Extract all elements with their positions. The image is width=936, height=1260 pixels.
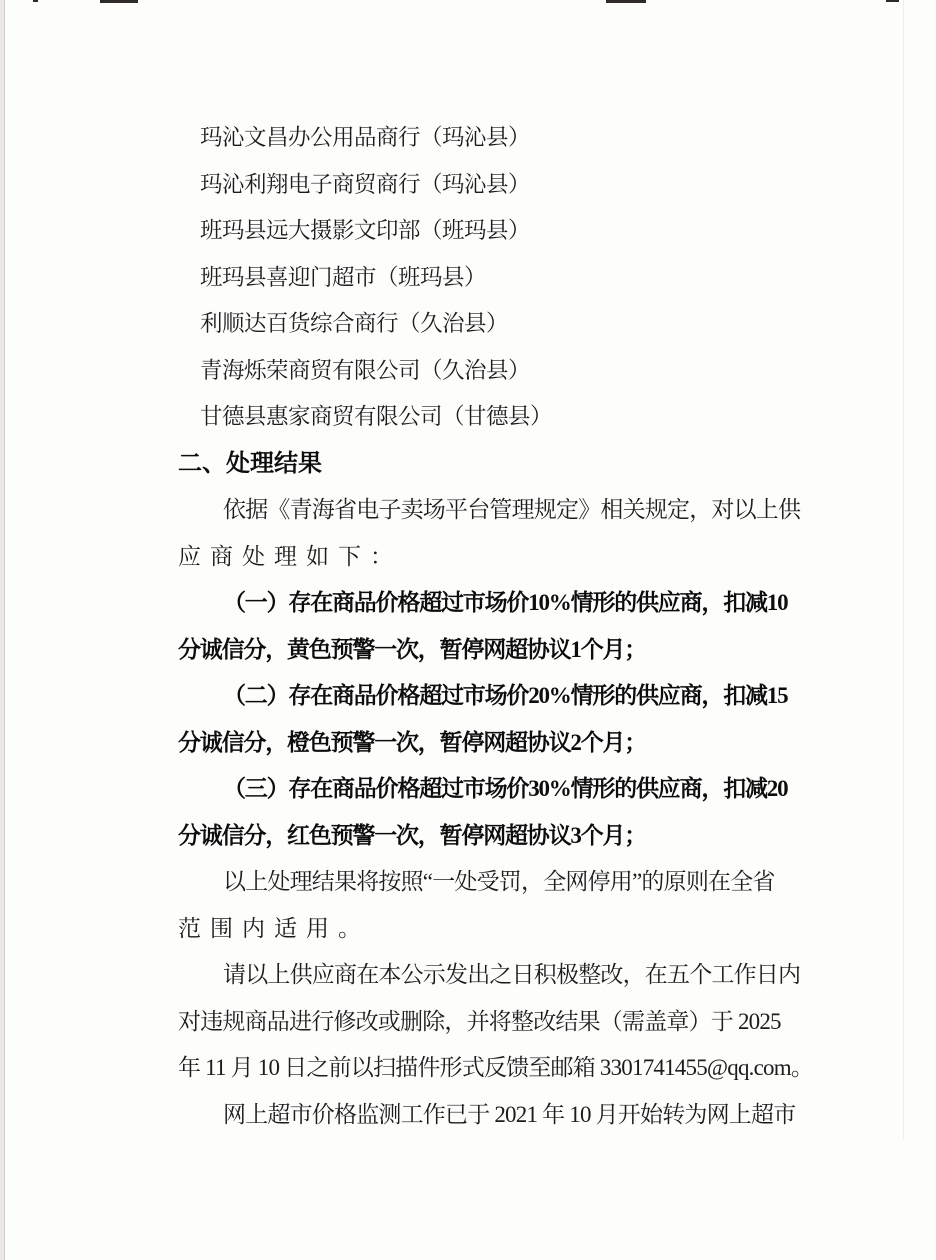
paragraph-line: 请以上供应商在本公示发出之日积极整改，在五个工作日内 <box>178 952 810 999</box>
paragraph-line: （二）存在商品价格超过市场价20%情形的供应商，扣减15 <box>178 673 810 720</box>
supplier-line: 甘德县惠家商贸有限公司（甘德县） <box>178 394 810 441</box>
paragraph-line: （一）存在商品价格超过市场价10%情形的供应商，扣减10 <box>178 580 810 627</box>
scan-artifact-mark <box>606 0 646 3</box>
supplier-line: 玛沁文昌办公用品商行（玛沁县） <box>178 115 810 162</box>
paragraph-line: 分诚信分，橙色预警一次，暂停网超协议2个月； <box>178 720 810 767</box>
scan-artifact-mark <box>886 0 899 2</box>
supplier-line: 利顺达百货综合商行（久治县） <box>178 301 810 348</box>
supplier-line: 班玛县喜迎门超市（班玛县） <box>178 255 810 302</box>
paragraph-line: 应商处理如下： <box>178 534 810 581</box>
paragraph-line: 范围内适用。 <box>178 906 810 953</box>
scan-artifact-mark <box>33 0 38 2</box>
paragraph-line: （三）存在商品价格超过市场价30%情形的供应商，扣减20 <box>178 766 810 813</box>
scan-artifact-line <box>903 0 904 1140</box>
supplier-line: 青海烁荣商贸有限公司（久治县） <box>178 348 810 395</box>
document-page: 玛沁文昌办公用品商行（玛沁县）玛沁利翔电子商贸商行（玛沁县）班玛县远大摄影文印部… <box>0 0 936 1260</box>
paragraph-line: 年 11 月 10 日之前以扫描件形式反馈至邮箱 3301741455@qq.c… <box>178 1045 810 1092</box>
paragraph-line: 对违规商品进行修改或删除，并将整改结果（需盖章）于 2025 <box>178 999 810 1046</box>
paragraph-line: 以上处理结果将按照“一处受罚，全网停用”的原则在全省 <box>178 859 810 906</box>
paragraph-line: 分诚信分，黄色预警一次，暂停网超协议1个月； <box>178 627 810 674</box>
supplier-line: 玛沁利翔电子商贸商行（玛沁县） <box>178 162 810 209</box>
paragraph-line: 依据《青海省电子卖场平台管理规定》相关规定，对以上供 <box>178 487 810 534</box>
scan-artifact-mark <box>100 0 138 3</box>
supplier-line: 班玛县远大摄影文印部（班玛县） <box>178 208 810 255</box>
paragraph-line: 网上超市价格监测工作已于 2021 年 10 月开始转为网上超市 <box>178 1092 810 1139</box>
paragraph-line: 分诚信分，红色预警一次，暂停网超协议3个月； <box>178 813 810 860</box>
section-heading: 二、处理结果 <box>178 441 810 488</box>
document-body: 玛沁文昌办公用品商行（玛沁县）玛沁利翔电子商贸商行（玛沁县）班玛县远大摄影文印部… <box>178 115 810 1138</box>
scanner-edge-strip <box>0 0 5 1260</box>
